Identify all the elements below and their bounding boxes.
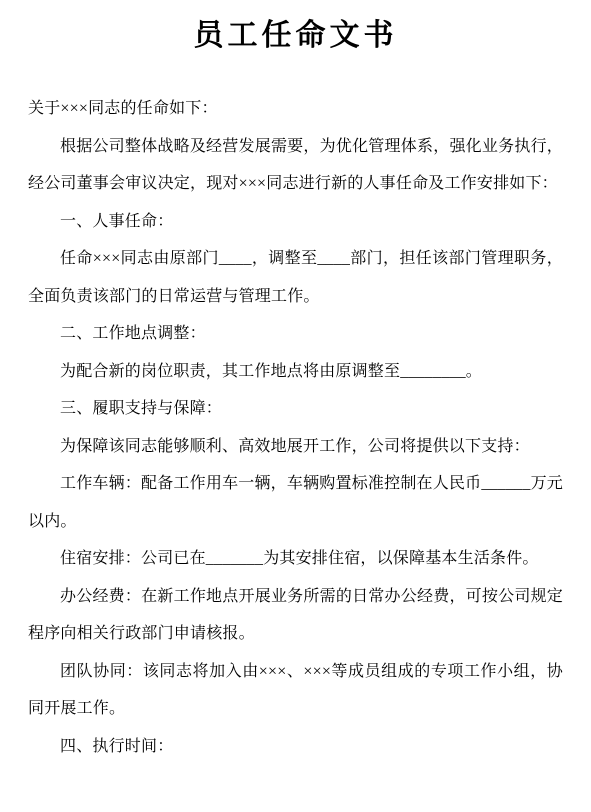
document-body: 关于×××同志的任命如下：根据公司整体战略及经营发展需要，为优化管理体系，强化业…	[28, 90, 563, 765]
document-paragraph: 为配合新的岗位职责，其工作地点将由原调整至________。	[28, 353, 563, 391]
document-paragraph: 根据公司整体战略及经营发展需要，为优化管理体系，强化业务执行，经公司董事会审议决…	[28, 128, 563, 203]
document-title: 员工任命文书	[28, 16, 563, 56]
document-paragraph: 团队协同：该同志将加入由×××、×××等成员组成的专项工作小组，协同开展工作。	[28, 653, 563, 728]
document-paragraph: 工作车辆：配备工作用车一辆，车辆购置标准控制在人民币______万元以内。	[28, 465, 563, 540]
document-paragraph: 任命×××同志由原部门____，调整至____部门，担任该部门管理职务，全面负责…	[28, 240, 563, 315]
document-paragraph: 住宿安排：公司已在_______为其安排住宿，以保障基本生活条件。	[28, 540, 563, 578]
document-paragraph: 办公经费：在新工作地点开展业务所需的日常办公经费，可按公司规定程序向相关行政部门…	[28, 578, 563, 653]
document-page: 员工任命文书 关于×××同志的任命如下：根据公司整体战略及经营发展需要，为优化管…	[0, 0, 591, 812]
document-paragraph: 四、执行时间：	[28, 728, 563, 766]
document-paragraph: 为保障该同志能够顺利、高效地展开工作，公司将提供以下支持：	[28, 428, 563, 466]
document-paragraph: 关于×××同志的任命如下：	[28, 90, 563, 128]
document-paragraph: 二、工作地点调整：	[28, 315, 563, 353]
document-paragraph: 一、人事任命：	[28, 203, 563, 241]
document-paragraph: 三、履职支持与保障：	[28, 390, 563, 428]
